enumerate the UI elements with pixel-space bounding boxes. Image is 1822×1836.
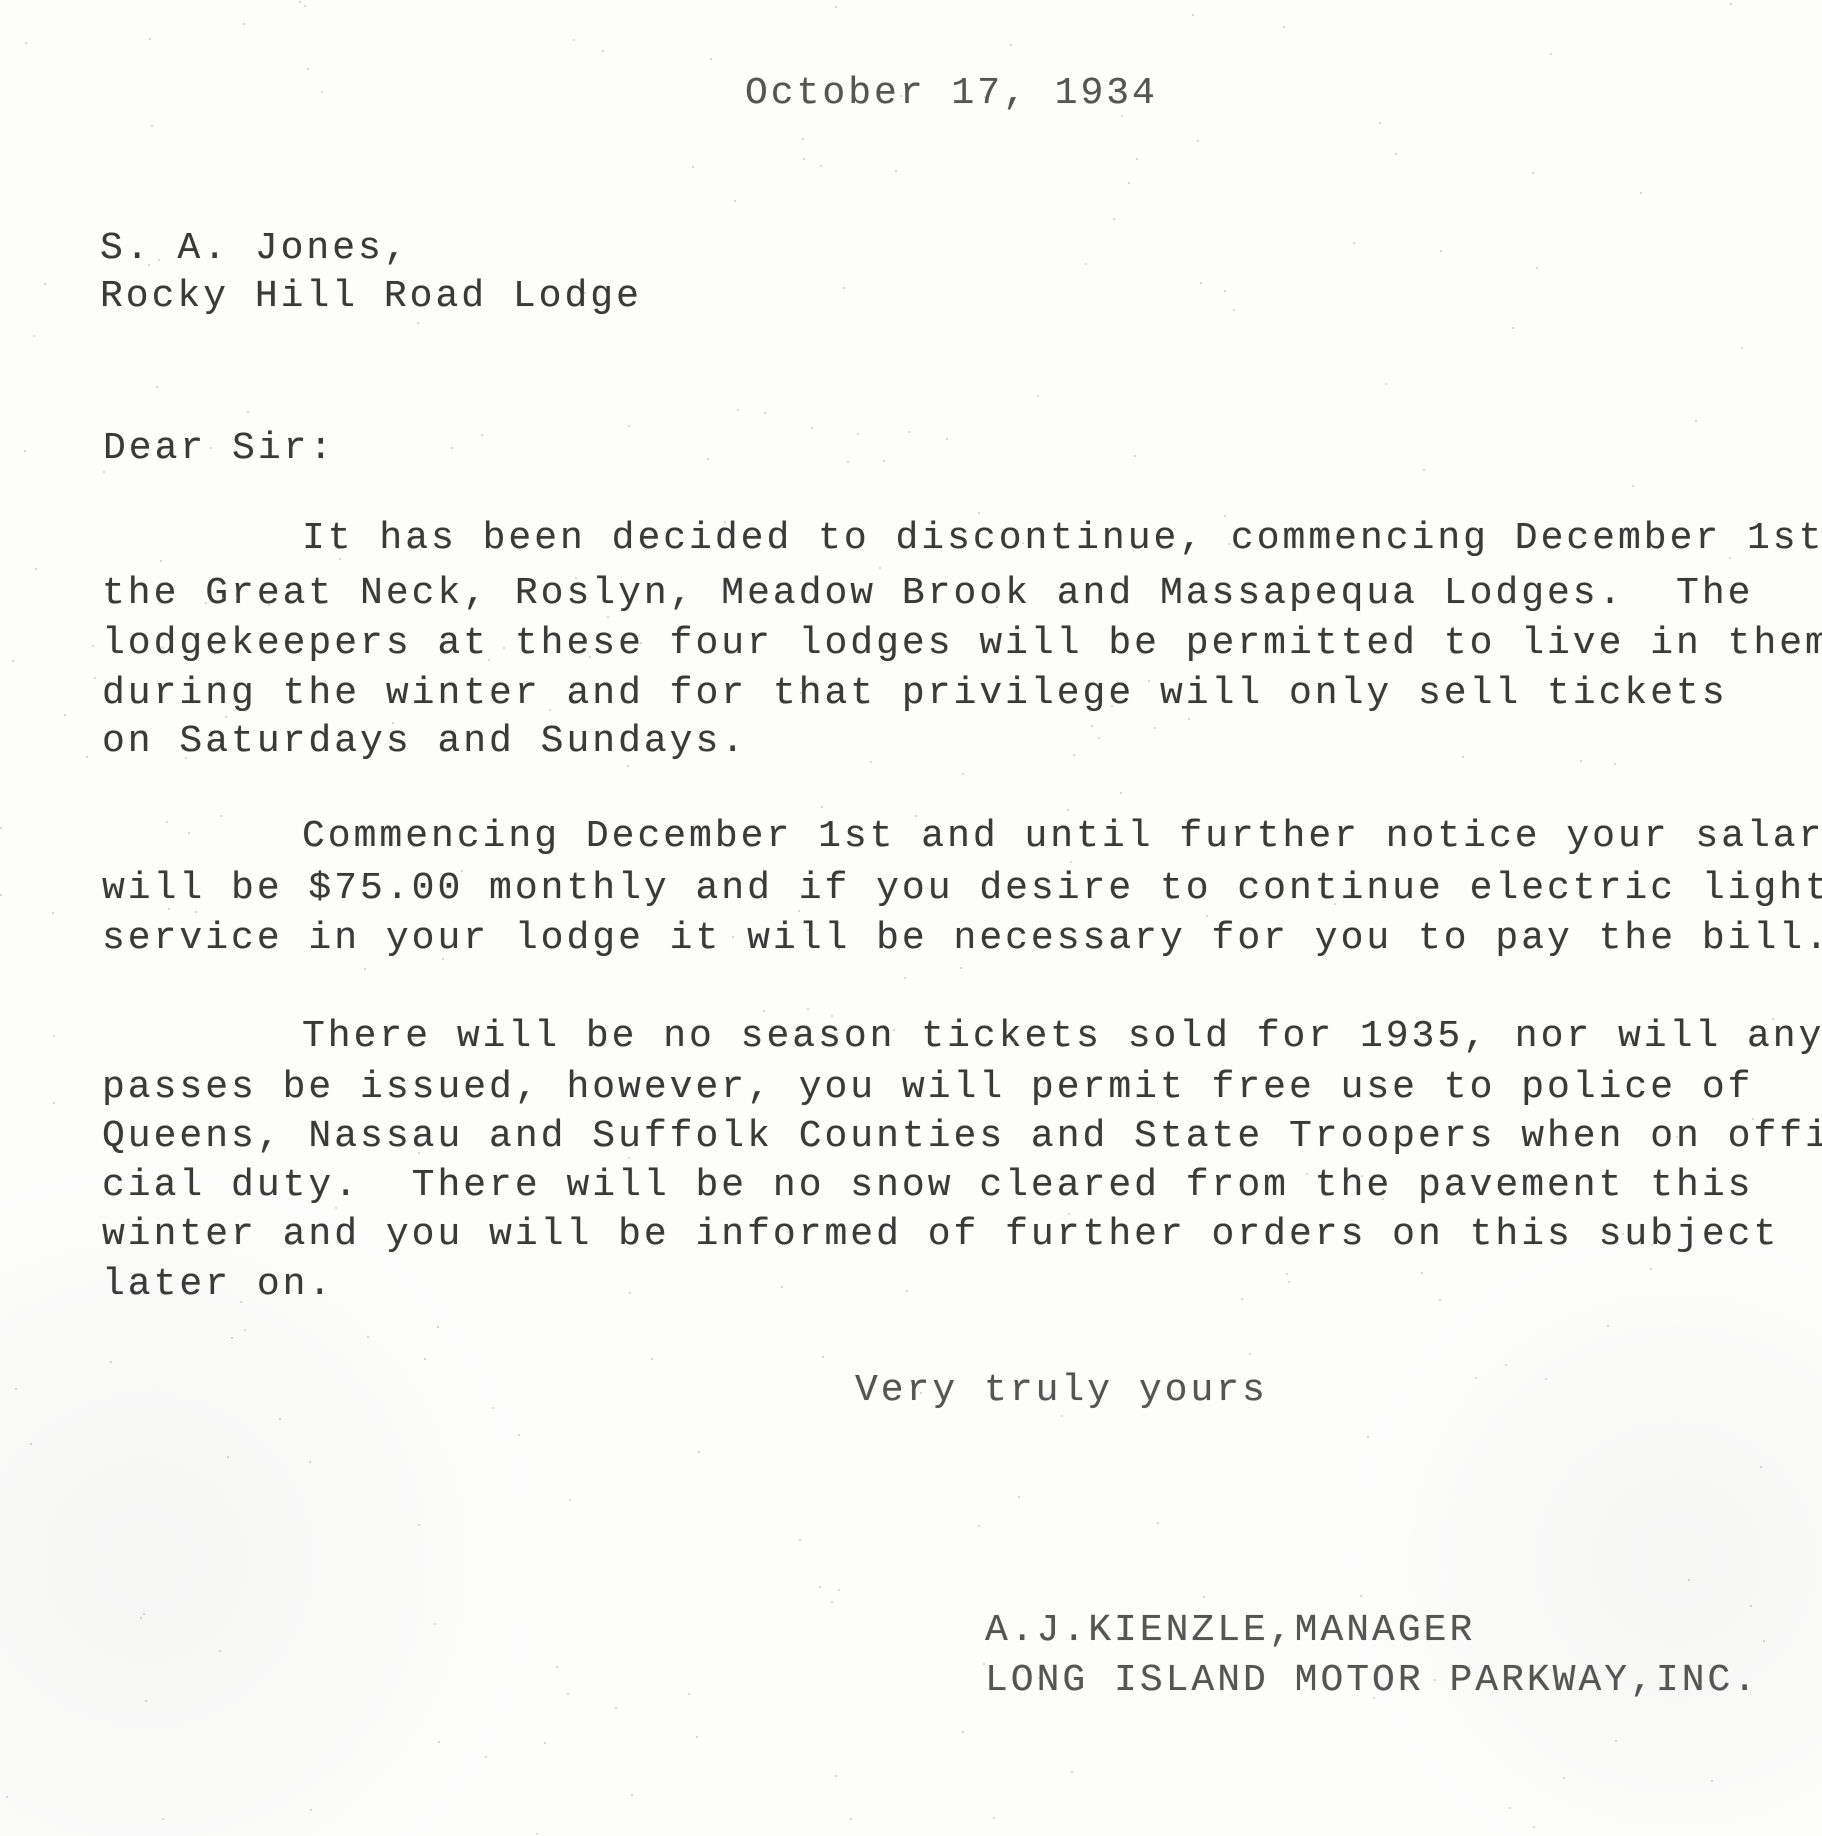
paper-speck bbox=[424, 1358, 426, 1360]
paper-speck bbox=[883, 460, 885, 462]
paper-speck bbox=[417, 322, 419, 324]
paper-speck bbox=[589, 656, 591, 658]
paper-speck bbox=[418, 1152, 420, 1154]
paper-speck bbox=[628, 425, 630, 427]
paper-speck bbox=[1136, 158, 1138, 160]
paper-speck bbox=[724, 521, 726, 523]
paper-speck bbox=[838, 1589, 840, 1591]
paper-speck bbox=[1395, 153, 1397, 155]
paper-speck bbox=[831, 1601, 833, 1603]
paragraph-line: on Saturdays and Sundays. bbox=[102, 723, 747, 761]
paper-speck bbox=[53, 1035, 55, 1037]
paper-speck bbox=[978, 1525, 980, 1527]
paper-speck bbox=[309, 1461, 311, 1463]
signature-name: A.J.KIENZLE,MANAGER bbox=[985, 1612, 1475, 1650]
paper-speck bbox=[1128, 182, 1130, 184]
paper-speck bbox=[518, 1434, 520, 1436]
paragraph-line: Commencing December 1st and until furthe… bbox=[302, 818, 1822, 856]
paper-speck bbox=[92, 645, 94, 647]
paper-speck bbox=[1379, 122, 1381, 124]
paper-speck bbox=[850, 1818, 852, 1820]
paper-speck bbox=[222, 597, 224, 599]
paper-speck bbox=[1334, 903, 1336, 905]
paper-speck bbox=[94, 677, 96, 679]
paper-speck bbox=[1240, 1187, 1242, 1189]
paper-speck bbox=[1224, 290, 1226, 292]
paper-speck bbox=[1120, 792, 1122, 794]
paper-speck bbox=[807, 929, 809, 931]
paper-speck bbox=[33, 335, 35, 337]
paper-speck bbox=[6, 1796, 8, 1798]
paper-speck bbox=[1241, 1298, 1243, 1300]
paper-speck bbox=[140, 1617, 142, 1619]
paragraph-line: winter and you will be informed of furth… bbox=[102, 1216, 1779, 1254]
paper-speck bbox=[549, 709, 551, 711]
paper-speck bbox=[960, 967, 962, 969]
paper-speck bbox=[1740, 596, 1742, 598]
paper-speck bbox=[1067, 809, 1069, 811]
paper-speck bbox=[195, 911, 197, 913]
paper-speck bbox=[413, 1038, 415, 1040]
paper-speck bbox=[1563, 1777, 1565, 1779]
paper-speck bbox=[893, 1029, 895, 1031]
paper-speck bbox=[764, 412, 766, 414]
paper-speck bbox=[615, 1707, 617, 1709]
paper-speck bbox=[44, 283, 46, 285]
paragraph-line: during the winter and for that privilege… bbox=[102, 675, 1728, 713]
paper-speck bbox=[602, 50, 604, 52]
paper-speck bbox=[800, 692, 802, 694]
paper-speck bbox=[1580, 760, 1582, 762]
paper-speck bbox=[1070, 861, 1072, 863]
paper-speck bbox=[1061, 1415, 1063, 1417]
paper-speck bbox=[1320, 587, 1322, 589]
paper-speck bbox=[1134, 455, 1136, 457]
paper-speck bbox=[488, 659, 490, 661]
paper-speck bbox=[492, 1407, 494, 1409]
paragraph-line: the Great Neck, Roslyn, Meadow Brook and… bbox=[102, 575, 1753, 613]
paper-speck bbox=[231, 1337, 233, 1339]
paper-speck bbox=[1763, 1640, 1765, 1642]
paper-speck bbox=[831, 1015, 833, 1017]
paper-speck bbox=[160, 560, 162, 562]
paper-speck bbox=[1286, 1273, 1288, 1275]
paper-speck bbox=[1533, 1826, 1535, 1828]
paper-speck bbox=[110, 1361, 112, 1363]
paper-speck bbox=[0, 894, 2, 896]
paper-speck bbox=[1618, 632, 1620, 634]
paper-speck bbox=[651, 1358, 653, 1360]
paper-speck bbox=[1532, 172, 1534, 174]
paper-speck bbox=[763, 1010, 765, 1012]
paper-speck bbox=[1037, 395, 1039, 397]
paper-speck bbox=[279, 1418, 281, 1420]
paper-speck bbox=[1505, 1364, 1507, 1366]
paper-speck bbox=[640, 642, 642, 644]
paper-speck bbox=[698, 1451, 700, 1453]
paper-speck bbox=[116, 652, 118, 654]
recipient-name: S. A. Jones, bbox=[100, 230, 410, 268]
paragraph-line: There will be no season tickets sold for… bbox=[302, 1018, 1822, 1056]
paper-speck bbox=[1434, 1679, 1436, 1681]
paper-speck bbox=[1228, 543, 1230, 545]
paper-speck bbox=[1688, 1579, 1690, 1581]
paper-speck bbox=[321, 91, 323, 93]
paper-speck bbox=[908, 431, 910, 433]
paper-speck bbox=[569, 1499, 571, 1501]
paper-speck bbox=[419, 543, 421, 545]
paper-speck bbox=[339, 558, 341, 560]
paper-speck bbox=[64, 714, 66, 716]
paper-speck bbox=[879, 567, 881, 569]
paper-speck bbox=[811, 427, 813, 429]
paragraph-line: lodgekeepers at these four lodges will b… bbox=[102, 625, 1822, 663]
paper-speck bbox=[1018, 1496, 1020, 1498]
paper-speck bbox=[802, 138, 804, 140]
paper-speck bbox=[1629, 1043, 1631, 1045]
paper-speck bbox=[1206, 915, 1208, 917]
paper-speck bbox=[978, 512, 980, 514]
paper-speck bbox=[244, 1329, 246, 1331]
paragraph-line: later on. bbox=[102, 1266, 334, 1304]
paper-speck bbox=[52, 912, 54, 914]
paper-speck bbox=[151, 125, 153, 127]
paper-speck bbox=[1197, 140, 1199, 142]
paper-speck bbox=[1421, 1272, 1423, 1274]
paper-speck bbox=[627, 765, 629, 767]
paper-speck bbox=[392, 722, 394, 724]
paper-speck bbox=[544, 1742, 546, 1744]
paper-speck bbox=[1651, 1244, 1653, 1246]
paper-speck bbox=[1249, 1353, 1251, 1355]
paper-speck bbox=[0, 827, 2, 829]
paper-speck bbox=[1385, 383, 1387, 385]
paper-speck bbox=[1091, 725, 1093, 727]
paper-speck bbox=[143, 1613, 145, 1615]
paper-speck bbox=[1772, 1018, 1774, 1020]
paper-speck bbox=[149, 38, 151, 40]
paper-speck bbox=[243, 23, 245, 25]
paper-speck bbox=[737, 409, 739, 411]
paper-speck bbox=[1439, 1299, 1441, 1301]
paper-speck bbox=[1640, 192, 1642, 194]
paper-speck bbox=[1452, 626, 1454, 628]
paper-speck bbox=[835, 6, 837, 8]
paper-speck bbox=[1148, 680, 1150, 682]
paper-speck bbox=[798, 910, 800, 912]
paper-speck bbox=[168, 908, 170, 910]
paper-speck bbox=[1741, 347, 1743, 349]
paper-speck bbox=[1098, 737, 1100, 739]
paper-speck bbox=[1550, 53, 1552, 55]
paper-speck bbox=[822, 1356, 824, 1358]
paper-speck bbox=[1361, 1175, 1363, 1177]
paper-speck bbox=[962, 773, 964, 775]
paper-speck bbox=[1730, 3, 1732, 5]
paper-speck bbox=[162, 1818, 164, 1820]
paper-speck bbox=[1157, 1522, 1159, 1524]
paper-speck bbox=[185, 757, 187, 759]
paper-speck bbox=[299, 1, 301, 3]
paper-speck bbox=[575, 577, 577, 579]
paper-speck bbox=[1695, 420, 1697, 422]
paper-speck bbox=[1154, 727, 1156, 729]
signature-company: LONG ISLAND MOTOR PARKWAY,INC. bbox=[985, 1662, 1759, 1700]
paper-speck bbox=[35, 568, 37, 570]
paper-speck bbox=[983, 1663, 985, 1665]
paper-speck bbox=[628, 1157, 630, 1159]
paper-speck bbox=[996, 606, 998, 608]
paper-speck bbox=[451, 447, 453, 449]
paper-speck bbox=[787, 1231, 789, 1233]
paper-speck bbox=[895, 170, 897, 172]
paragraph-line: service in your lodge it will be necessa… bbox=[102, 920, 1822, 958]
paper-speck bbox=[434, 1623, 436, 1625]
paper-speck bbox=[86, 756, 88, 758]
paper-speck bbox=[984, 96, 986, 98]
paper-speck bbox=[1752, 1118, 1754, 1120]
paper-speck bbox=[304, 5, 306, 7]
paper-speck bbox=[335, 1207, 337, 1209]
paper-speck bbox=[1614, 763, 1616, 765]
paper-speck bbox=[12, 660, 14, 662]
paper-speck bbox=[1760, 1466, 1762, 1468]
paper-speck bbox=[1512, 327, 1514, 329]
paper-speck bbox=[481, 434, 483, 436]
paper-speck bbox=[843, 287, 845, 289]
paper-speck bbox=[1188, 718, 1190, 720]
salutation: Dear Sir: bbox=[103, 430, 335, 468]
paper-speck bbox=[906, 1290, 908, 1292]
paper-speck bbox=[437, 1326, 439, 1328]
paper-speck bbox=[1632, 485, 1634, 487]
paper-speck bbox=[900, 95, 902, 97]
paper-speck bbox=[1073, 754, 1075, 756]
paper-speck bbox=[920, 1392, 922, 1394]
letter-date: October 17, 1934 bbox=[745, 75, 1158, 113]
paper-speck bbox=[1475, 1377, 1477, 1379]
paper-speck bbox=[692, 166, 694, 168]
paper-speck bbox=[1536, 267, 1538, 269]
paper-speck bbox=[1043, 1083, 1045, 1085]
paper-speck bbox=[556, 1666, 558, 1668]
paper-speck bbox=[1013, 1041, 1015, 1043]
recipient-location: Rocky Hill Road Lodge bbox=[100, 278, 642, 316]
paper-speck bbox=[696, 1736, 698, 1738]
paper-speck bbox=[1509, 1807, 1511, 1809]
paper-speck bbox=[573, 39, 575, 41]
paper-speck bbox=[509, 896, 511, 898]
paper-speck bbox=[268, 604, 270, 606]
paper-speck bbox=[156, 386, 158, 388]
paper-speck bbox=[1748, 944, 1750, 946]
paper-speck bbox=[807, 1008, 809, 1010]
paper-speck bbox=[1353, 242, 1355, 244]
paper-speck bbox=[838, 948, 840, 950]
paper-speck bbox=[1622, 1233, 1624, 1235]
paper-speck bbox=[1200, 282, 1202, 284]
paper-speck bbox=[225, 716, 227, 718]
paragraph-line: cial duty. There will be no snow cleared… bbox=[102, 1167, 1753, 1205]
paper-speck bbox=[442, 958, 444, 960]
paper-speck bbox=[154, 299, 156, 301]
paper-speck bbox=[240, 1301, 242, 1303]
paper-speck bbox=[367, 1336, 369, 1338]
paper-speck bbox=[158, 259, 160, 261]
paragraph-line: will be $75.00 monthly and if you desire… bbox=[102, 870, 1822, 908]
paper-speck bbox=[1483, 1127, 1485, 1129]
paper-speck bbox=[166, 821, 168, 823]
paper-speck bbox=[781, 1286, 783, 1288]
paper-speck bbox=[710, 58, 712, 60]
paper-speck bbox=[734, 200, 736, 202]
paper-speck bbox=[870, 761, 872, 763]
paper-speck bbox=[820, 165, 822, 167]
paper-speck bbox=[946, 438, 948, 440]
paper-speck bbox=[1729, 557, 1731, 559]
paper-speck bbox=[1224, 515, 1226, 517]
paper-speck bbox=[819, 1586, 821, 1588]
paper-speck bbox=[162, 647, 164, 649]
paper-speck bbox=[1113, 218, 1115, 220]
paper-speck bbox=[835, 1775, 837, 1777]
paper-speck bbox=[1423, 469, 1425, 471]
paper-speck bbox=[1367, 1436, 1369, 1438]
paper-speck bbox=[847, 461, 849, 463]
paper-speck bbox=[503, 1074, 505, 1076]
paper-speck bbox=[1010, 44, 1012, 46]
paper-speck bbox=[1306, 1173, 1308, 1175]
paper-speck bbox=[1038, 1677, 1040, 1679]
paper-speck bbox=[1022, 542, 1024, 544]
paper-speck bbox=[148, 264, 150, 266]
paper-speck bbox=[210, 447, 212, 449]
paper-speck bbox=[1382, 1198, 1384, 1200]
paper-speck bbox=[1650, 1268, 1652, 1270]
paper-speck bbox=[536, 1833, 538, 1835]
paper-speck bbox=[567, 1693, 569, 1695]
paper-speck bbox=[25, 42, 27, 44]
paper-speck bbox=[607, 616, 609, 618]
paper-speck bbox=[904, 977, 906, 979]
paper-speck bbox=[1462, 756, 1464, 758]
paper-speck bbox=[24, 450, 26, 452]
paper-speck bbox=[707, 458, 709, 460]
paper-speck bbox=[1545, 1378, 1547, 1380]
paper-speck bbox=[1068, 1213, 1070, 1215]
paper-speck bbox=[1676, 1136, 1678, 1138]
paper-speck bbox=[503, 647, 505, 649]
paper-speck bbox=[227, 1456, 229, 1458]
paper-speck bbox=[1615, 1740, 1617, 1742]
paper-speck bbox=[485, 1756, 487, 1758]
closing: Very truly yours bbox=[855, 1372, 1268, 1410]
paper-speck bbox=[1121, 115, 1123, 117]
paper-speck bbox=[438, 1741, 440, 1743]
paper-speck bbox=[1111, 705, 1113, 707]
paper-speck bbox=[803, 158, 805, 160]
paper-speck bbox=[1360, 1595, 1362, 1597]
paper-speck bbox=[30, 1443, 32, 1445]
paper-speck bbox=[310, 1809, 312, 1811]
paper-speck bbox=[1021, 894, 1023, 896]
paper-speck bbox=[1373, 1697, 1375, 1699]
paper-speck bbox=[1750, 1605, 1752, 1607]
paper-speck bbox=[915, 815, 917, 817]
paper-speck bbox=[418, 1524, 420, 1526]
paper-speck bbox=[688, 1693, 690, 1695]
paper-speck bbox=[584, 292, 586, 294]
paragraph-line: Queens, Nassau and Suffolk Counties and … bbox=[102, 1118, 1822, 1156]
paper-speck bbox=[53, 1102, 55, 1104]
paper-speck bbox=[461, 870, 463, 872]
paper-speck bbox=[962, 1731, 964, 1733]
paper-speck bbox=[236, 597, 238, 599]
paper-speck bbox=[219, 1650, 221, 1652]
paper-speck bbox=[1071, 1771, 1073, 1773]
paper-speck bbox=[1192, 14, 1194, 16]
paper-speck bbox=[15, 1388, 17, 1390]
paper-speck bbox=[1607, 1325, 1609, 1327]
paper-speck bbox=[821, 806, 823, 808]
paper-speck bbox=[247, 411, 249, 413]
paper-speck bbox=[145, 1700, 147, 1702]
paper-speck bbox=[364, 968, 366, 970]
paper-speck bbox=[1203, 1596, 1205, 1598]
paper-speck bbox=[1233, 309, 1235, 311]
paper-speck bbox=[1608, 1222, 1610, 1224]
paper-speck bbox=[1085, 263, 1087, 265]
paragraph-line: It has been decided to discontinue, comm… bbox=[302, 520, 1822, 558]
letter-page: October 17, 1934 S. A. Jones, Rocky Hill… bbox=[0, 0, 1822, 1836]
paper-speck bbox=[1440, 250, 1442, 252]
paper-speck bbox=[220, 815, 222, 817]
paper-speck bbox=[188, 832, 190, 834]
paper-speck bbox=[629, 1292, 631, 1294]
paper-speck bbox=[799, 1539, 801, 1541]
paper-speck bbox=[631, 1794, 633, 1796]
paper-speck bbox=[1283, 26, 1285, 28]
paper-speck bbox=[732, 936, 734, 938]
paper-speck bbox=[857, 433, 859, 435]
paper-speck bbox=[307, 68, 309, 70]
paper-speck bbox=[1711, 1780, 1713, 1782]
paragraph-line: passes be issued, however, you will perm… bbox=[102, 1069, 1753, 1107]
paper-speck bbox=[1288, 1281, 1290, 1283]
paper-speck bbox=[103, 471, 105, 473]
paper-speck bbox=[993, 1817, 995, 1819]
paper-speck bbox=[205, 602, 207, 604]
